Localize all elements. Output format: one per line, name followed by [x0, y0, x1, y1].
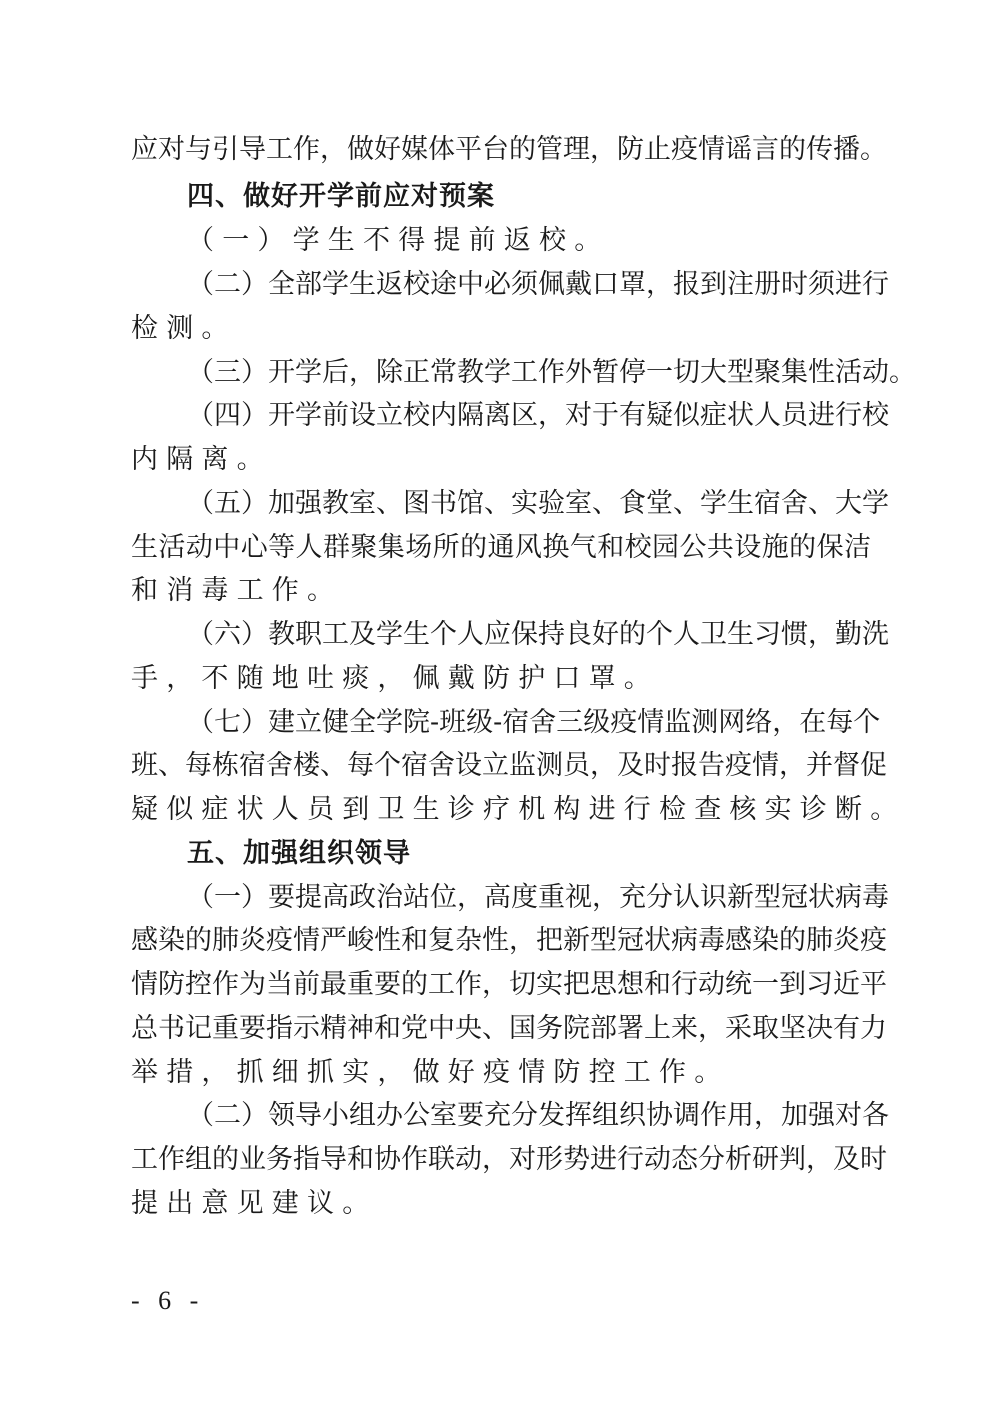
list-item-4-7: （七）建立健全学院-班级-宿舍三级疫情监测网络，在每个: [187, 701, 871, 745]
list-item-5-2: （二）领导小组办公室要充分发挥组织协调作用，加强对各: [187, 1094, 871, 1138]
list-item-4-4: （四）开学前设立校内隔离区，对于有疑似症状人员进行校: [187, 394, 871, 438]
list-item-5-1-cont: 总书记重要指示精神和党中央、国务院部署上来，采取坚决有力: [131, 1007, 871, 1051]
list-item-5-1-cont: 举措，抓细抓实，做好疫情防控工作。: [131, 1051, 871, 1095]
list-item-5-2-cont: 提出意见建议。: [131, 1182, 871, 1226]
list-item-4-2: （二）全部学生返校途中必须佩戴口罩，报到注册时须进行: [187, 263, 871, 307]
list-item-4-5-cont: 和消毒工作。: [131, 569, 871, 613]
list-item-5-1-cont: 感染的肺炎疫情严峻性和复杂性，把新型冠状病毒感染的肺炎疫: [131, 919, 871, 963]
list-item-4-5: （五）加强教室、图书馆、实验室、食堂、学生宿舍、大学: [187, 482, 871, 526]
list-item-5-2-cont: 工作组的业务指导和协作联动，对形势进行动态分析研判，及时: [131, 1138, 871, 1182]
list-item-4-7-cont: 班、每栋宿舍楼、每个宿舍设立监测员，及时报告疫情，并督促: [131, 744, 871, 788]
list-item-4-5-cont: 生活动中心等人群聚集场所的通风换气和校园公共设施的保洁: [131, 526, 871, 570]
body-text-line: 应对与引导工作，做好媒体平台的管理，防止疫情谣言的传播。: [131, 128, 871, 172]
list-item-4-1: （一）学生不得提前返校。: [187, 219, 871, 263]
list-item-4-6-cont: 手，不随地吐痰，佩戴防护口罩。: [131, 657, 871, 701]
list-item-5-1-cont: 情防控作为当前最重要的工作，切实把思想和行动统一到习近平: [131, 963, 871, 1007]
section-heading-5: 五、加强组织领导: [187, 832, 871, 876]
list-item-4-6: （六）教职工及学生个人应保持良好的个人卫生习惯，勤洗: [187, 613, 871, 657]
section-heading-4: 四、做好开学前应对预案: [187, 175, 871, 219]
list-item-4-7-cont: 疑似症状人员到卫生诊疗机构进行检查核实诊断。: [131, 788, 871, 832]
page-number: - 6 -: [131, 1286, 204, 1316]
document-page: 应对与引导工作，做好媒体平台的管理，防止疫情谣言的传播。 四、做好开学前应对预案…: [0, 0, 1000, 1415]
list-item-4-2-cont: 检测。: [131, 307, 871, 351]
list-item-4-3: （三）开学后，除正常教学工作外暂停一切大型聚集性活动。: [187, 351, 871, 395]
list-item-4-4-cont: 内隔离。: [131, 438, 871, 482]
list-item-5-1: （一）要提高政治站位，高度重视，充分认识新型冠状病毒: [187, 876, 871, 920]
